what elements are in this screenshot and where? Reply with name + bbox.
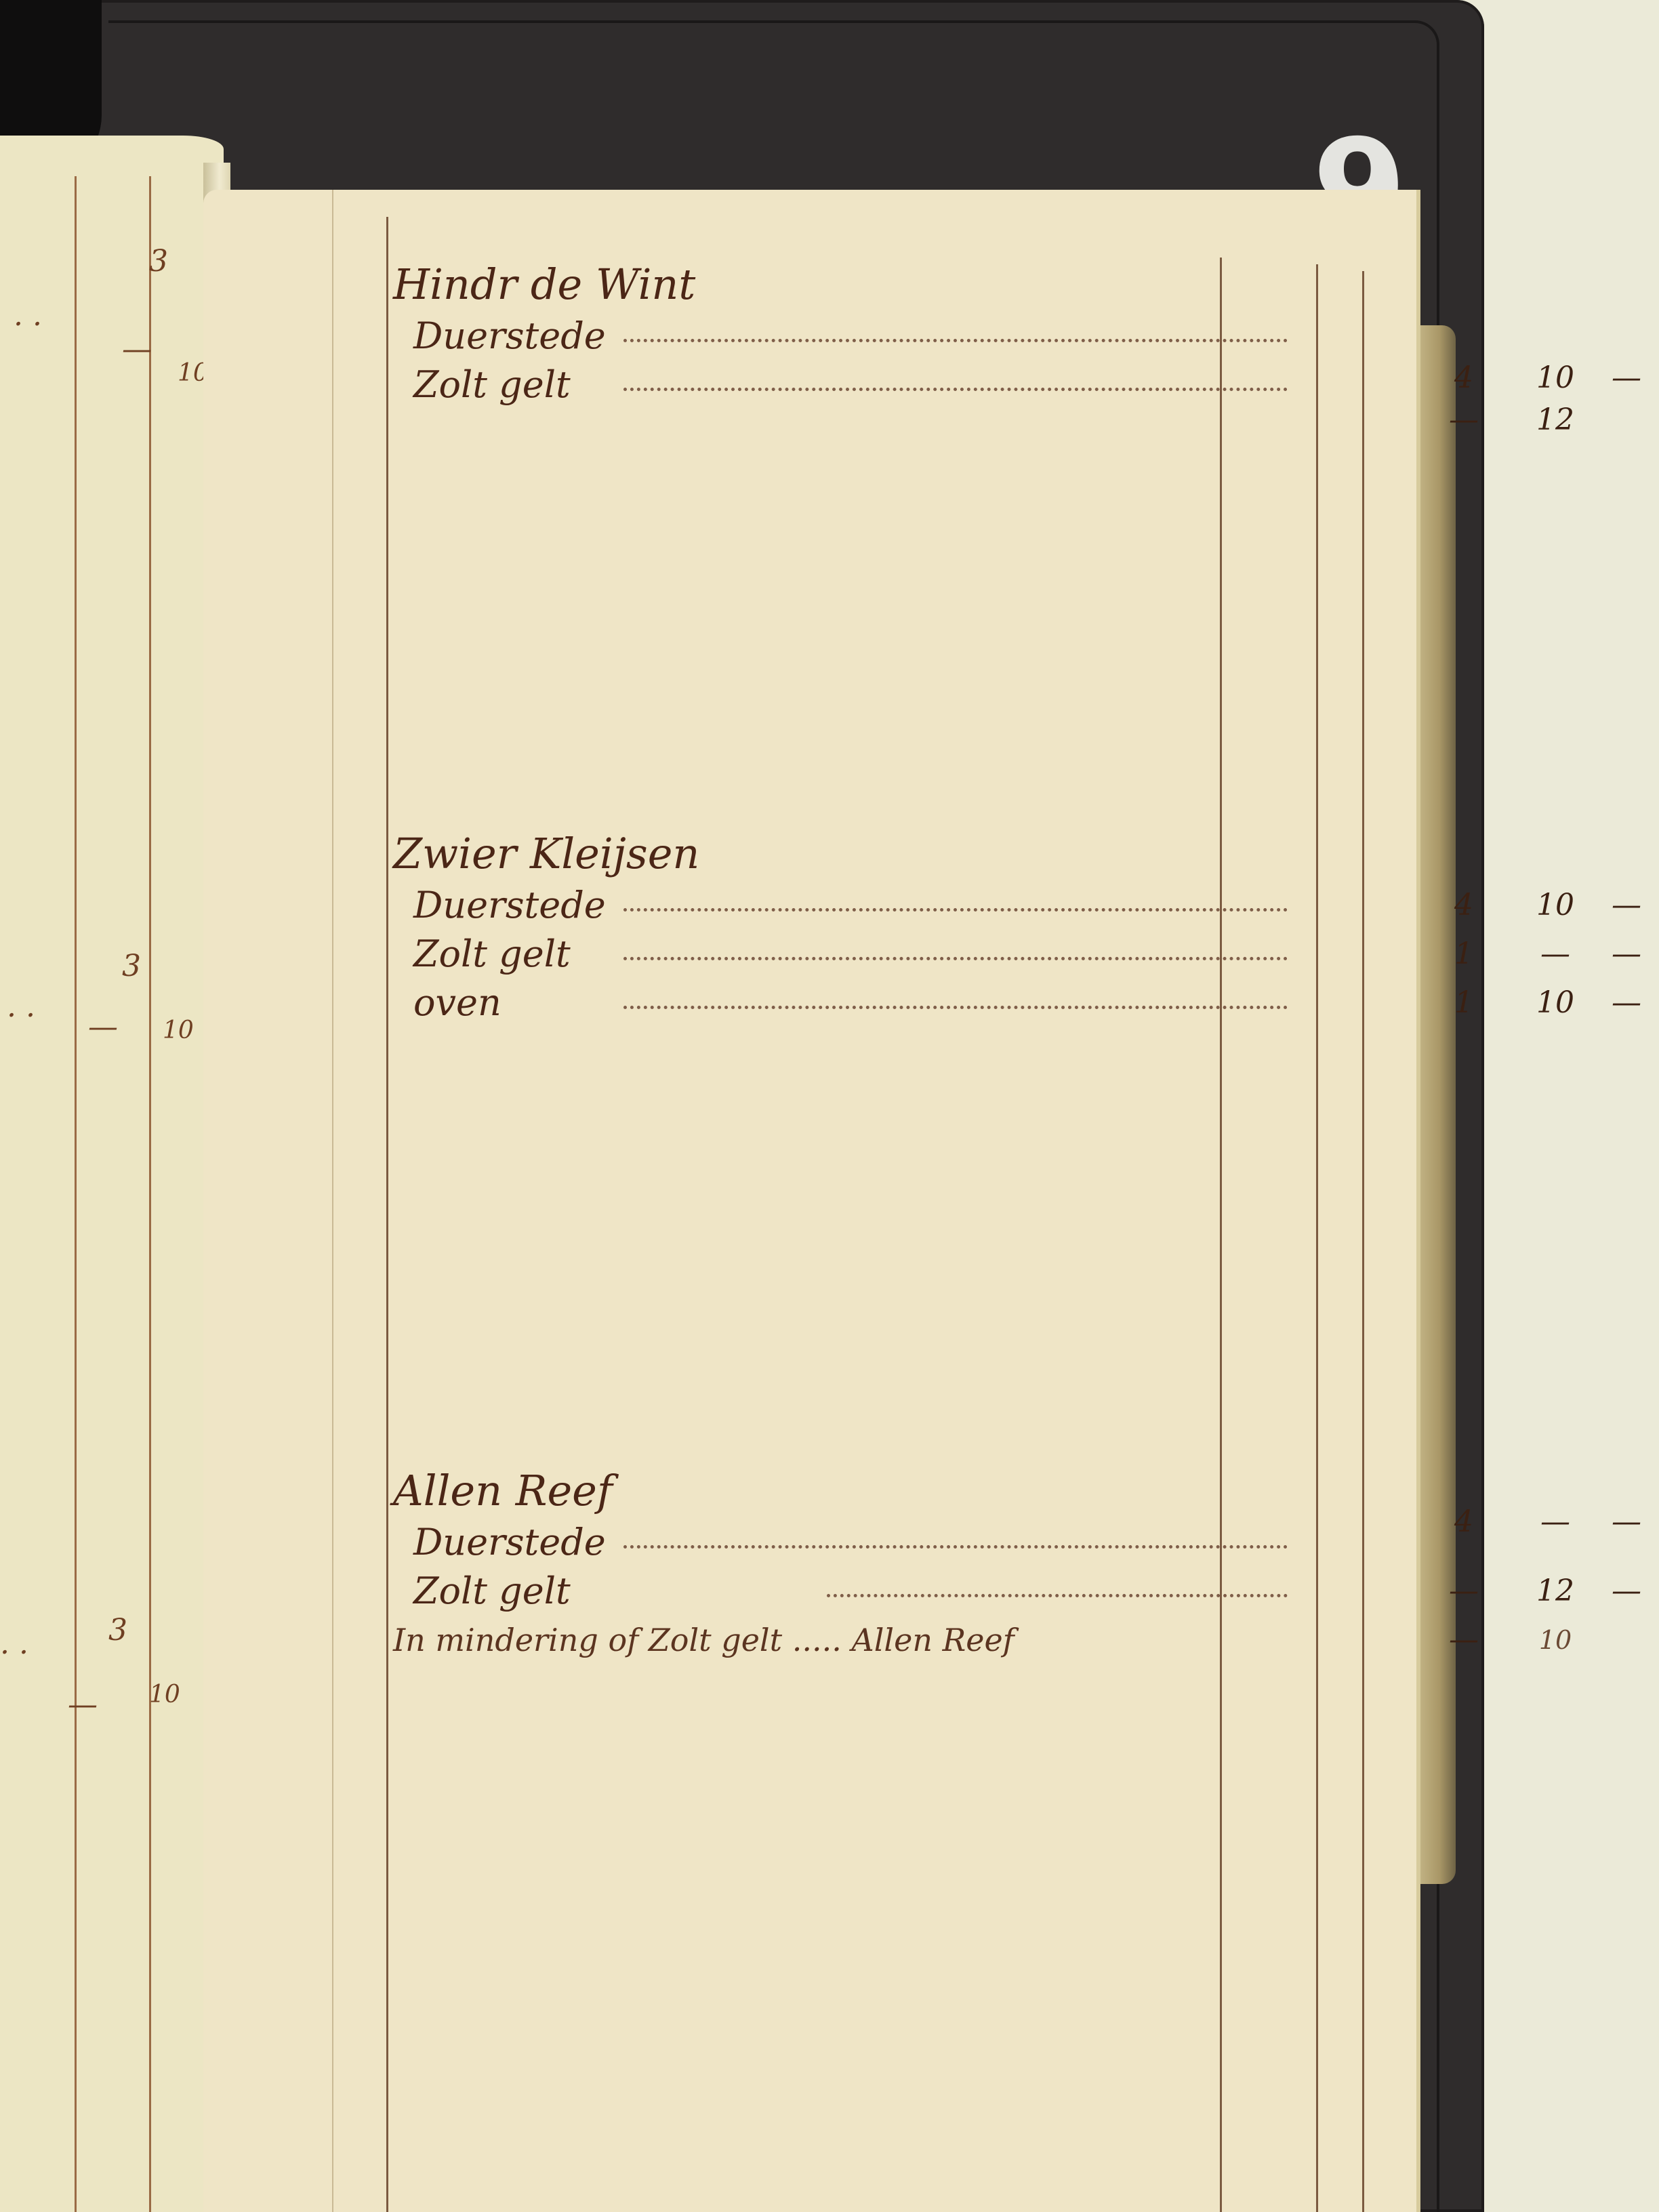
entry-title: Hindr de Wint — [393, 258, 1410, 312]
dot-leader — [623, 908, 1288, 912]
left-amount-frac: 10 — [163, 1017, 194, 1044]
entry-line: Zolt gelt 1 — — — [393, 930, 1410, 979]
amount-pennies: — — [1599, 354, 1654, 403]
dot-leader — [623, 388, 1288, 391]
entry-label: oven — [413, 979, 501, 1027]
left-amount-main: 3 — [149, 244, 168, 279]
left-page-dots: . . — [14, 298, 42, 333]
left-amount-sub: — — [122, 332, 152, 367]
entry-line: Zolt gelt — 12 — — [393, 1567, 1410, 1616]
amount-guilders: 4 — [1423, 1498, 1504, 1547]
amount-stivers: 12 — [1518, 396, 1593, 445]
amount-pennies: — — [1599, 979, 1654, 1027]
amount-guilders: 4 — [1423, 881, 1504, 930]
amount-pennies: — — [1599, 930, 1654, 979]
ledger-entry: Zwier Kleijsen Duerstede 4 10 — Zolt gel… — [393, 827, 1410, 1027]
entry-title: Zwier Kleijsen — [393, 827, 1410, 881]
amount-stivers: — — [1518, 1498, 1593, 1547]
amount-stivers: — — [1518, 930, 1593, 979]
entry-line: In mindering of Zolt gelt ..... Allen Re… — [393, 1616, 1410, 1664]
left-page-rule — [149, 176, 151, 2212]
entry-line: Duerstede — [393, 312, 1410, 361]
entry-line: Duerstede 4 10 — — [393, 881, 1410, 930]
amount-guilders: 1 — [1423, 930, 1504, 979]
dot-leader — [623, 1006, 1288, 1009]
entry-line: Zolt gelt 4 10 — — [393, 361, 1410, 409]
entry-label: Zolt gelt — [413, 930, 571, 979]
entry-line: Duerstede 4 — — — [393, 1518, 1410, 1567]
entry-label: Duerstede — [413, 881, 606, 930]
left-page-dots: . . — [0, 1626, 28, 1661]
left-amount-sub: — — [68, 1687, 98, 1722]
amount-stivers: 12 — [1518, 1567, 1593, 1616]
amount-guilders: — — [1423, 1567, 1504, 1616]
amount-stivers: 10 — [1518, 1616, 1593, 1664]
ledger-entry: Hindr de Wint Duerstede Zolt gelt 4 10 —… — [393, 258, 1410, 458]
left-amount-main: 3 — [108, 1613, 127, 1647]
entry-label: Duerstede — [413, 1518, 606, 1567]
dot-leader — [623, 339, 1288, 342]
amount-guilders: — — [1423, 396, 1504, 445]
left-page: . . 3 — 10 . . 3 — 10 . . 3 — 10 — [0, 136, 224, 2212]
dot-leader — [623, 1545, 1288, 1549]
amount-guilders: — — [1423, 1616, 1504, 1664]
entry-line: oven 1 10 — — [393, 979, 1410, 1027]
entry-label: Zolt gelt — [413, 361, 571, 409]
left-amount-main: 3 — [122, 949, 141, 983]
entry-note: In mindering of Zolt gelt ..... Allen Re… — [393, 1616, 1015, 1664]
entry-title: Allen Reef — [393, 1464, 1410, 1518]
right-page: Hindr de Wint Duerstede Zolt gelt 4 10 —… — [203, 190, 1416, 2212]
left-page-rule — [75, 176, 77, 2212]
entry-label: Duerstede — [413, 312, 606, 361]
amount-guilders: 1 — [1423, 979, 1504, 1027]
amount-pennies: — — [1599, 1498, 1654, 1547]
amount-stivers: 10 — [1518, 881, 1593, 930]
entry-label: Zolt gelt — [413, 1567, 571, 1616]
ledger-entry: Allen Reef Duerstede 4 — — Zolt gelt — 1… — [393, 1464, 1410, 1664]
ledger: Hindr de Wint Duerstede Zolt gelt 4 10 —… — [203, 190, 1416, 2212]
left-amount-frac: 10 — [149, 1681, 180, 1708]
amount-pennies: — — [1599, 1567, 1654, 1616]
left-page-dots: . . — [7, 989, 35, 1024]
left-amount-sub: — — [88, 1010, 118, 1044]
amount-stivers: 10 — [1518, 979, 1593, 1027]
dot-leader — [827, 1594, 1288, 1597]
amount-pennies: — — [1599, 881, 1654, 930]
dot-leader — [623, 957, 1288, 960]
entry-line: — 12 — [393, 409, 1410, 458]
